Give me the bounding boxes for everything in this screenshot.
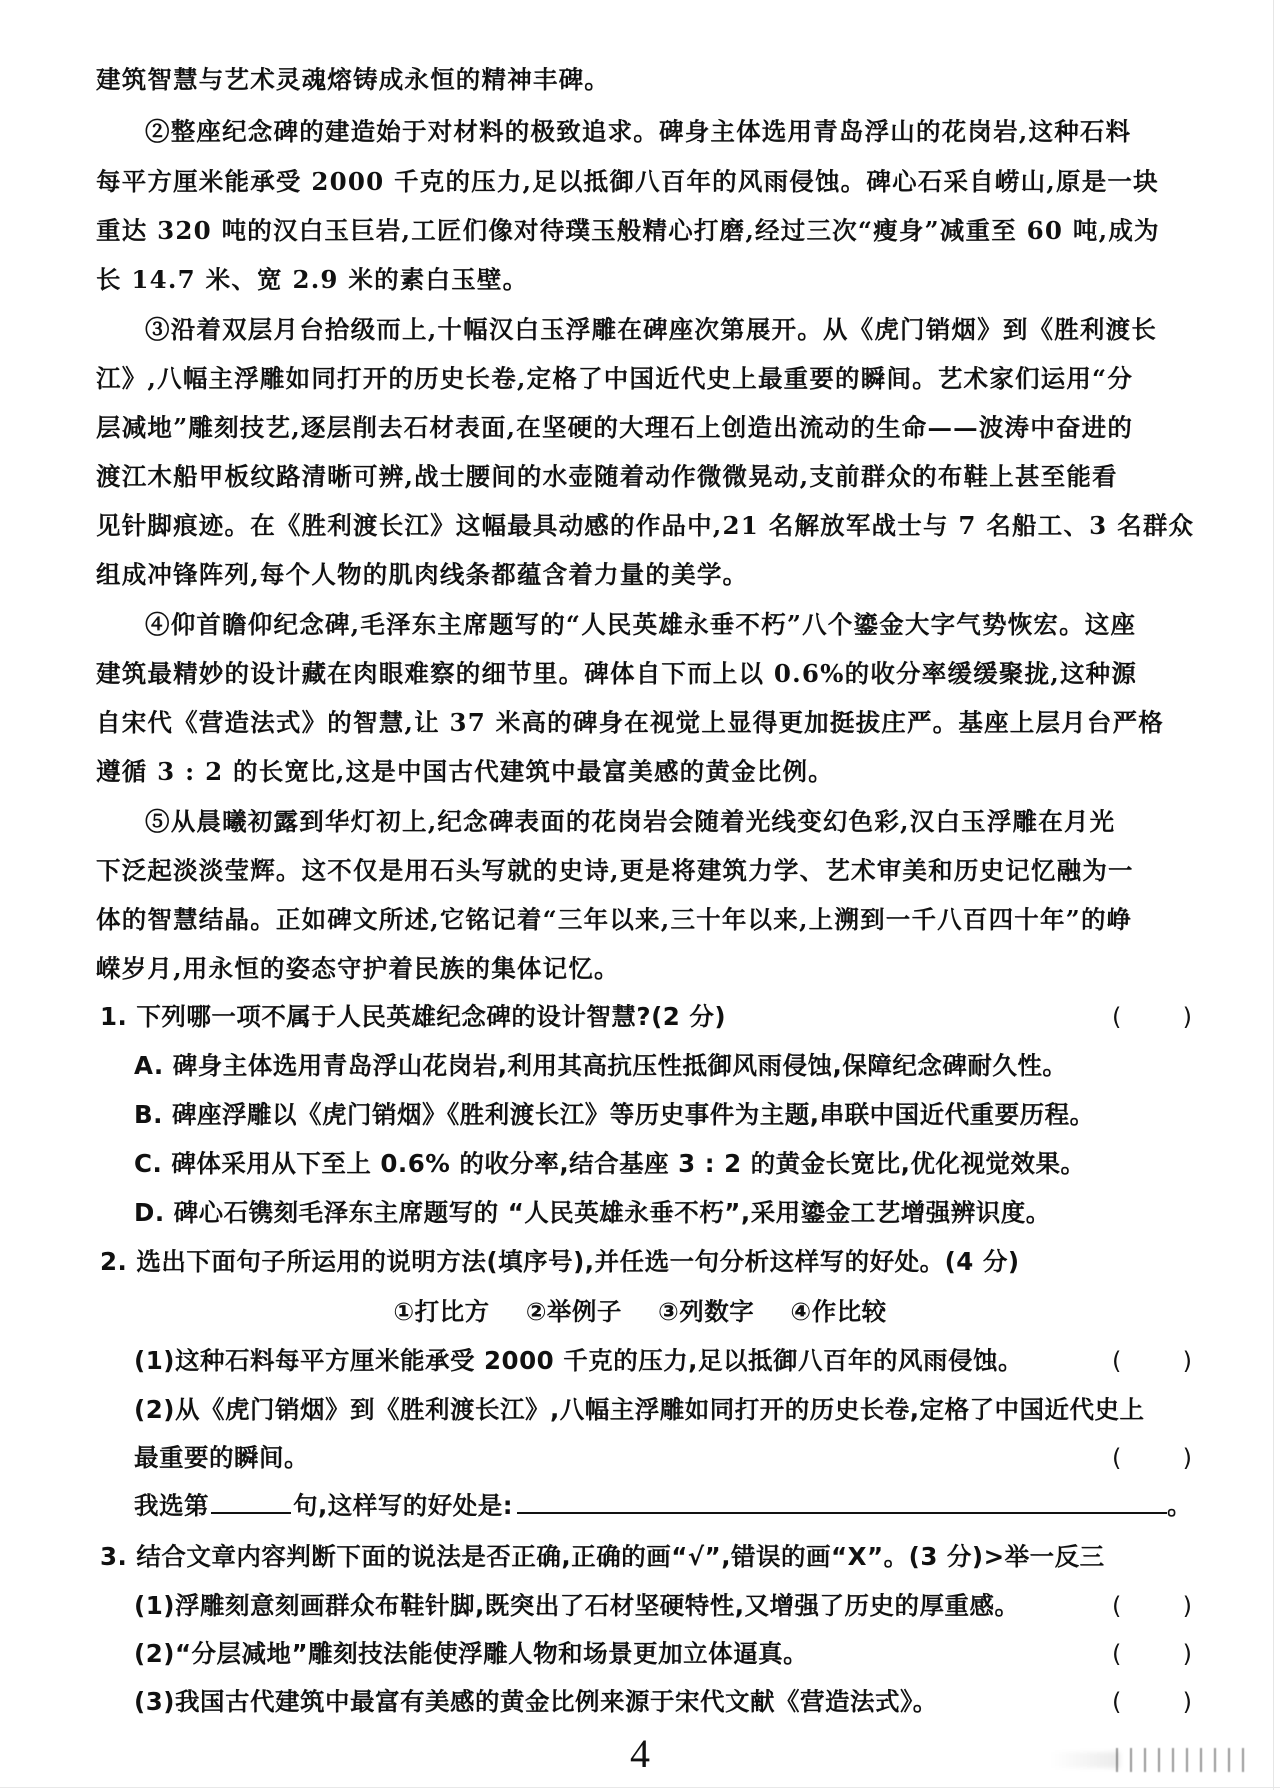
paragraph-line: 嵘岁月,用永恒的姿态守护着民族的集体记忆。 (96, 952, 1196, 986)
paragraph-line: 见针脚痕迹。在《胜利渡长江》这幅最具动感的作品中,21 名解放军战士与 7 名船… (96, 509, 1196, 543)
paren-open: ( (1112, 1589, 1121, 1623)
page-bottom-edge (0, 1787, 1280, 1788)
answer-paren-q2-1[interactable]: ( ) (1112, 1344, 1192, 1378)
benefit-answer-blank[interactable] (517, 1490, 1167, 1514)
answer-prefix: 我选第 (134, 1491, 209, 1520)
paragraph-line: 遵循 3 : 2 的长宽比,这是中国古代建筑中最富美感的黄金比例。 (96, 755, 1196, 789)
paragraph-line: 下泛起淡淡莹辉。这不仅是用石头写就的史诗,更是将建筑力学、艺术审美和历史记忆融为… (96, 854, 1196, 888)
paren-close: ) (1183, 1589, 1192, 1623)
answer-end: 。 (1167, 1491, 1192, 1520)
paren-close: ) (1183, 1000, 1192, 1034)
paragraph-line: 长 14.7 米、宽 2.9 米的素白玉壁。 (96, 263, 1196, 297)
paragraph-line: 重达 320 吨的汉白玉巨岩,工匠们像对待璞玉般精心打磨,经过三次“瘦身”减重至… (96, 214, 1196, 248)
option-a: A. 碑身主体选用青岛浮山花岗岩,利用其高抗压性抵御风雨侵蚀,保障纪念碑耐久性。 (134, 1049, 1234, 1083)
q3-item-3: (3)我国古代建筑中最富有美感的黄金比例来源于宋代文献《营造法式》。 (134, 1685, 1234, 1719)
paren-open: ( (1112, 1344, 1121, 1378)
paren-close: ) (1183, 1344, 1192, 1378)
q2-item-2: (2)从《虎门销烟》到《胜利渡长江》,八幅主浮雕如同打开的历史长卷,定格了中国近… (134, 1393, 1234, 1427)
paragraph-line: 建筑最精妙的设计藏在肉眼难察的细节里。碑体自下而上以 0.6%的收分率缓缓聚拢,… (96, 657, 1196, 691)
paren-open: ( (1112, 1685, 1121, 1719)
answer-paren-q3-2[interactable]: ( ) (1112, 1637, 1192, 1671)
paren-open: ( (1112, 1637, 1121, 1671)
q3-item-1: (1)浮雕刻意刻画群众布鞋针脚,既突出了石材坚硬特性,又增强了历史的厚重感。 (134, 1589, 1234, 1623)
paragraph-line: ③沿着双层月台拾级而上,十幅汉白玉浮雕在碑座次第展开。从《虎门销烟》到《胜利渡长 (96, 313, 1196, 347)
option-b: B. 碑座浮雕以《虎门销烟》《胜利渡长江》等历史事件为主题,串联中国近代重要历程… (134, 1098, 1234, 1132)
page-right-edge (1273, 0, 1274, 1790)
q2-item-1: (1)这种石料每平方厘米能承受 2000 千克的压力,足以抵御八百年的风雨侵蚀。 (134, 1344, 1234, 1378)
paragraph-1-tail: 建筑智慧与艺术灵魂熔铸成永恒的精神丰碑。 (96, 63, 1196, 97)
paragraph-line: 江》,八幅主浮雕如同打开的历史长卷,定格了中国近代史上最重要的瞬间。艺术家们运用… (96, 362, 1196, 396)
question-3-stem: 3. 结合文章内容判断下面的说法是否正确,正确的画“√”,错误的画“X”。(3 … (100, 1540, 1200, 1574)
paragraph-line: 体的智慧结晶。正如碑文所述,它铭记着“三年以来,三十年以来,上溯到一千八百四十年… (96, 903, 1196, 937)
paren-close: ) (1183, 1441, 1192, 1475)
paragraph-line: ⑤从晨曦初露到华灯初上,纪念碑表面的花岗岩会随着光线变幻色彩,汉白玉浮雕在月光 (96, 805, 1196, 839)
answer-paren-q3-3[interactable]: ( ) (1112, 1685, 1192, 1719)
method-choices: ①打比方 ②举例子 ③列数字 ④作比较 (0, 1295, 1280, 1329)
paragraph-line: 组成冲锋阵列,每个人物的肌肉线条都蕴含着力量的美学。 (96, 558, 1196, 592)
q2-answer-line: 我选第句,这样写的好处是:。 (134, 1489, 1234, 1523)
paragraph-line: 层减地”雕刻技艺,逐层削去石材表面,在坚硬的大理石上创造出流动的生命——波涛中奋… (96, 411, 1196, 445)
paragraph-line: 自宋代《营造法式》的智慧,让 37 米高的碑身在视觉上显得更加挺拔庄严。基座上层… (96, 706, 1196, 740)
q2-item-2-cont: 最重要的瞬间。 (134, 1441, 1234, 1475)
paragraph-line: ④仰首瞻仰纪念碑,毛泽东主席题写的“人民英雄永垂不朽”八个鎏金大字气势恢宏。这座 (96, 608, 1196, 642)
question-1-stem: 1. 下列哪一项不属于人民英雄纪念碑的设计智慧?(2 分) (100, 1000, 1200, 1034)
option-d: D. 碑心石镌刻毛泽东主席题写的 “人民英雄永垂不朽”,采用鎏金工艺增强辨识度。 (134, 1196, 1234, 1230)
paragraph-line: 每平方厘米能承受 2000 千克的压力,足以抵御八百年的风雨侵蚀。碑心石采自崂山… (96, 165, 1196, 199)
answer-paren-q2-2[interactable]: ( ) (1112, 1441, 1192, 1475)
paragraph-line: ②整座纪念碑的建造始于对材料的极致追求。碑身主体选用青岛浮山的花岗岩,这种石料 (96, 115, 1196, 149)
option-c: C. 碑体采用从下至上 0.6% 的收分率,结合基座 3 : 2 的黄金长宽比,… (134, 1147, 1234, 1181)
paragraph-line: 渡江木船甲板纹路清晰可辨,战士腰间的水壶随着动作微微晃动,支前群众的布鞋上甚至能… (96, 460, 1196, 494)
question-2-stem: 2. 选出下面句子所运用的说明方法(填序号),并任选一句分析这样写的好处。(4 … (100, 1245, 1200, 1279)
paren-close: ) (1183, 1637, 1192, 1671)
answer-paren-q1[interactable]: ( ) (1112, 1000, 1192, 1034)
paren-open: ( (1112, 1000, 1121, 1034)
sentence-number-blank[interactable] (211, 1490, 291, 1514)
q3-item-2: (2)“分层减地”雕刻技法能使浮雕人物和场景更加立体逼真。 (134, 1637, 1234, 1671)
blurred-watermark-icon (1110, 1748, 1250, 1772)
paren-close: ) (1183, 1685, 1192, 1719)
answer-paren-q3-1[interactable]: ( ) (1112, 1589, 1192, 1623)
paren-open: ( (1112, 1441, 1121, 1475)
answer-middle: 句,这样写的好处是: (293, 1491, 513, 1520)
